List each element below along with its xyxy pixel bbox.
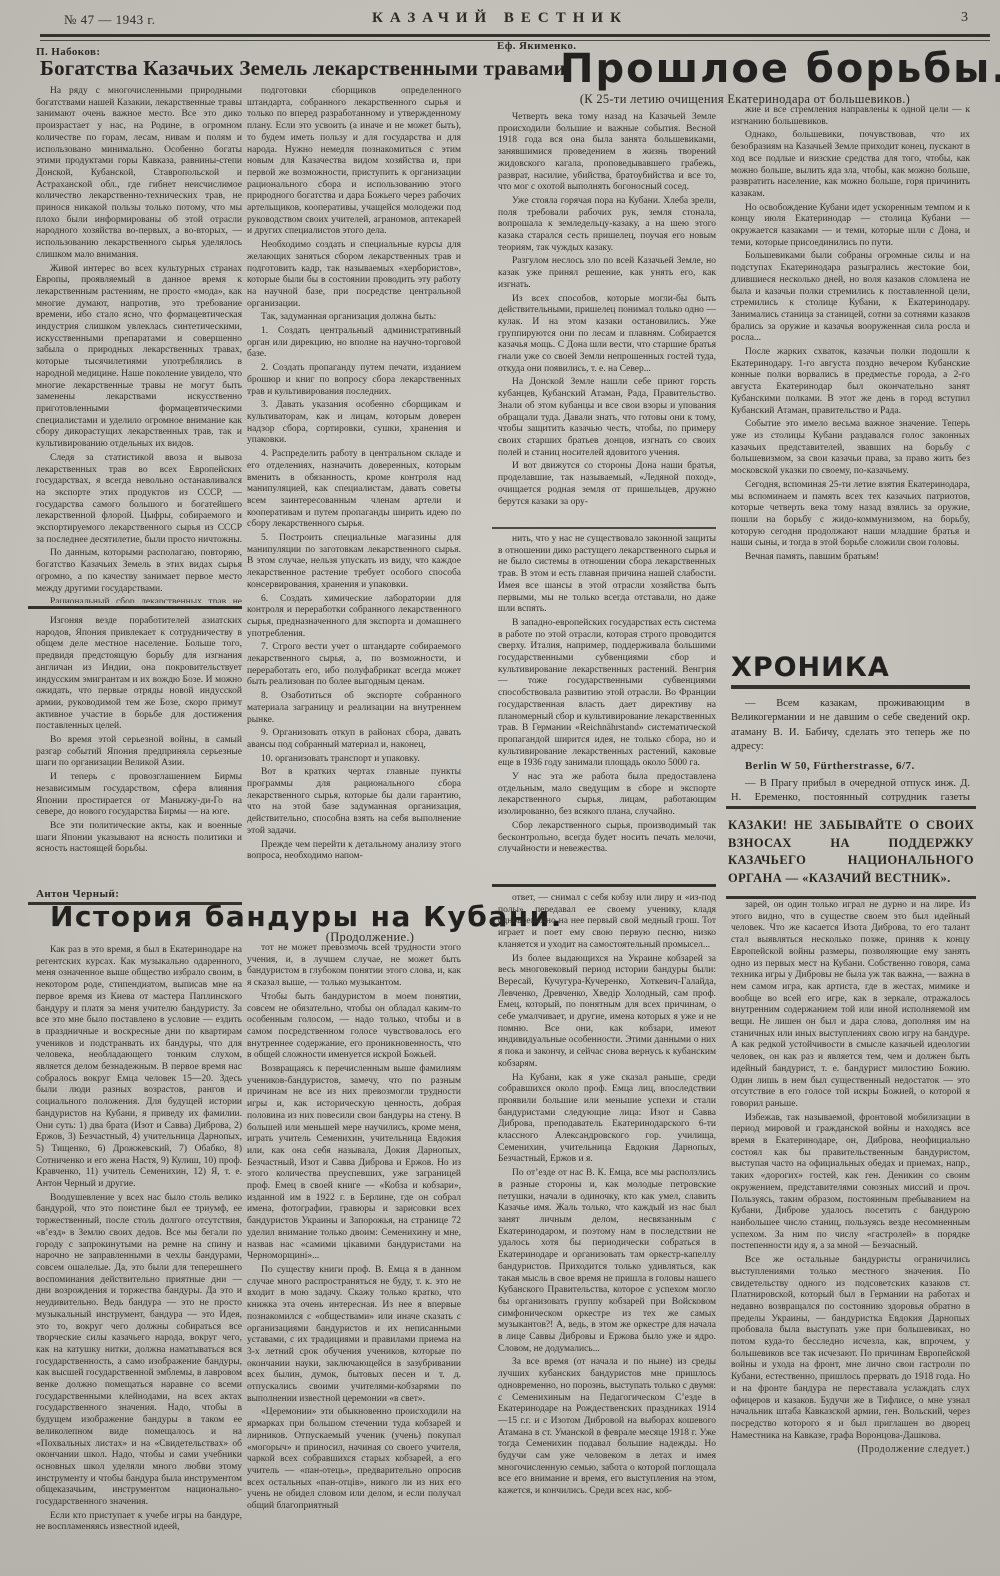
bandura-column-1: Как раз в это время, я был в Екатеринода… (36, 945, 242, 1570)
paragraph: По данным, которыми располагаю, повторяю… (36, 548, 242, 595)
herbs-column-2: подготовки сборщиков определенного штанд… (247, 86, 461, 942)
column1-divider-top (28, 606, 242, 609)
paragraph: У нас эта же работа была предоставлена о… (498, 772, 716, 819)
paragraph: На Донской Земле нашли себе приют горсть… (498, 377, 716, 459)
chronicle-title: ХРОНИКА (731, 652, 970, 683)
paragraph: Уже стояла горячая пора на Кубани. Хлеба… (498, 196, 716, 255)
paragraph: 9. Организовать откуп в районах сбора, д… (247, 728, 461, 751)
paragraph: 10. организовать транспорт и упаковку. (247, 754, 461, 766)
bandura-column-4: зарей, он один только играл не дурно и н… (731, 900, 970, 1570)
bandura-column-3: ответ, — снимал с себя кобзу или лиру и … (498, 893, 716, 1570)
paragraph: Рациональный сбор лекарственных трав не … (36, 597, 242, 603)
column3-divider-thin (492, 527, 716, 529)
struggle-title: Прошлое борьбы. (560, 46, 970, 92)
paragraph: Большевиками были собраны огромные силы … (731, 251, 970, 345)
header-rule-thick (40, 34, 990, 37)
paragraph: жие и все стремления направлены к одной … (731, 105, 970, 128)
paragraph: 5. Построить специальные магазины для ма… (247, 533, 461, 592)
paragraph: Разгулом неслось зло по всей Казачьей Зе… (498, 256, 716, 291)
chronicle-address: Berlin W 50, Fürtherstrasse, 6/7. (731, 759, 970, 773)
bandura-column-2: тот не может превозмочь всей трудности э… (247, 943, 461, 1570)
paragraph: тот не может превозмочь всей трудности э… (247, 943, 461, 990)
paragraph: На Кубани, как я уже сказал раньше, сред… (498, 1073, 716, 1167)
bandura-byline: Антон Черный: (36, 888, 119, 900)
paragraph: Но освобождение Кубани идет ускоренным т… (731, 203, 970, 250)
paragraph: нить, что у нас не существовало законной… (498, 534, 716, 616)
chronicle-rule (731, 685, 970, 689)
paragraph: Все же остальные бандуристы ограничились… (731, 1255, 970, 1442)
paragraph: В западно-европейских государствах есть … (498, 618, 716, 770)
paragraph: 2. Создать пропаганду путем печати, изда… (247, 363, 461, 398)
subscription-notice-text: КАЗАКИ! НЕ ЗАБЫВАЙТЕ О СВОИХ ВЗНОСАХ НА … (728, 817, 974, 887)
paragraph: зарей, он один только играл не дурно и н… (731, 900, 970, 1111)
paragraph: Следя за статистикой ввоза и вывоза лека… (36, 453, 242, 547)
chronicle-item: — В Прагу прибыл в очередной отпуск инж.… (731, 777, 970, 802)
subscription-notice-box: КАЗАКИ! НЕ ЗАБЫВАЙТЕ О СВОИХ ВЗНОСАХ НА … (726, 806, 976, 899)
paragraph: «Церемонии» эти обыкновенно происходили … (247, 1407, 461, 1512)
paragraph: Вечная память, павшим братьям! (731, 552, 970, 564)
paragraph: Все эти политические акты, как и военные… (36, 821, 242, 856)
paragraph: За все время (от начала и по ныне) из ср… (498, 1357, 716, 1497)
herbs-title: Богатства Казачьих Земель лекарственными… (40, 56, 470, 81)
paragraph: Живой интерес во всех культурных странах… (36, 264, 242, 451)
paragraph: Чтобы быть бандуристом в моем понятии, с… (247, 992, 461, 1062)
paragraph: Сегодня, вспоминая 25-ти летие взятия Ек… (731, 480, 970, 550)
paragraph: Из более выдающихся на Украине кобзарей … (498, 954, 716, 1071)
paragraph: Событие это имело весьма важное значение… (731, 419, 970, 478)
paragraph: Воодушевление у всех нас было столь вели… (36, 1193, 242, 1509)
paragraph: 4. Распределить работу в центральном скл… (247, 449, 461, 531)
paragraph: По существу книги проф. В. Емца я в данн… (247, 1265, 461, 1405)
paragraph: Необходимо создать и специальные курсы д… (247, 240, 461, 310)
paragraph: 7. Строго вести учет о штандарте собирае… (247, 642, 461, 689)
herbs-column-1: На ряду с многочисленными природными бог… (36, 86, 242, 603)
struggle-column-2: жие и все стремления направлены к одной … (731, 105, 970, 647)
paragraph: Сбор лекарственного сырья, производимый … (498, 821, 716, 856)
paragraph: Вот в кратких чертах главные пункты прог… (247, 767, 461, 837)
paragraph: Избежав, так называемой, фронтовой мобил… (731, 1113, 970, 1253)
paragraph: Изгоняя везде поработителей азиатских на… (36, 616, 242, 733)
paragraph: 6. Создать химические лаборатории для ко… (247, 594, 461, 641)
masthead-title: КАЗАЧИЙ ВЕСТНИК (0, 10, 1000, 27)
paragraph: 8. Озаботиться об экспорте собранного ма… (247, 691, 461, 726)
paragraph: И теперь с провозглашением Бирмы независ… (36, 772, 242, 819)
paragraph: 1. Создать центральный административный … (247, 326, 461, 361)
paragraph: Однако, большевики, почувствовав, что их… (731, 130, 970, 200)
page-number: 3 (961, 10, 968, 26)
chronicle-item: — Всем казакам, проживающим в Великогерм… (731, 697, 970, 755)
paragraph: ответ, — снимал с себя кобзу или лиру и … (498, 893, 716, 952)
paragraph: Из всех способов, которые могли-бы быть … (498, 294, 716, 376)
bandura-column-4-text: зарей, он один только играл не дурно и н… (731, 900, 970, 1442)
struggle-column-1: Четверть века тому назад на Казачьей Зем… (498, 112, 716, 523)
paragraph: подготовки сборщиков определенного штанд… (247, 86, 461, 238)
bandura-title: История бандуры на Кубани. (50, 900, 460, 933)
herbs-column-3-continuation: нить, что у нас не существовало законной… (498, 534, 716, 880)
paragraph: Если кто приступает к учебе игры на банд… (36, 1511, 242, 1534)
paragraph: Прежде чем перейти к детальному анализу … (247, 840, 461, 863)
newspaper-page: № 47 — 1943 г. КАЗАЧИЙ ВЕСТНИК 3 П. Набо… (0, 0, 1000, 1576)
paragraph: Как раз в это время, я был в Екатеринода… (36, 945, 242, 1191)
paragraph: Возвращаясь к перечисленным выше фамилия… (247, 1064, 461, 1263)
paragraph: После жарких схваток, казачьи полки подо… (731, 347, 970, 417)
paragraph: И вот движутся со стороны Дона наши брат… (498, 461, 716, 508)
column3-divider-thick (492, 884, 716, 887)
paragraph: 3. Давать указания особенно сборщикам и … (247, 400, 461, 447)
japan-news-item: Изгоняя везде поработителей азиатских на… (36, 616, 242, 898)
paragraph: На ряду с многочисленными природными бог… (36, 86, 242, 262)
paragraph: Во время этой серьезной войны, в самый р… (36, 735, 242, 770)
paragraph: По от’езде от нас В. К. Емца, все мы рас… (498, 1168, 716, 1355)
paragraph: Четверть века тому назад на Казачьей Зем… (498, 112, 716, 194)
paragraph: Так, задуманная организация должна быть: (247, 312, 461, 324)
to-be-continued-note: (Продолжение следует.) (731, 1444, 970, 1456)
